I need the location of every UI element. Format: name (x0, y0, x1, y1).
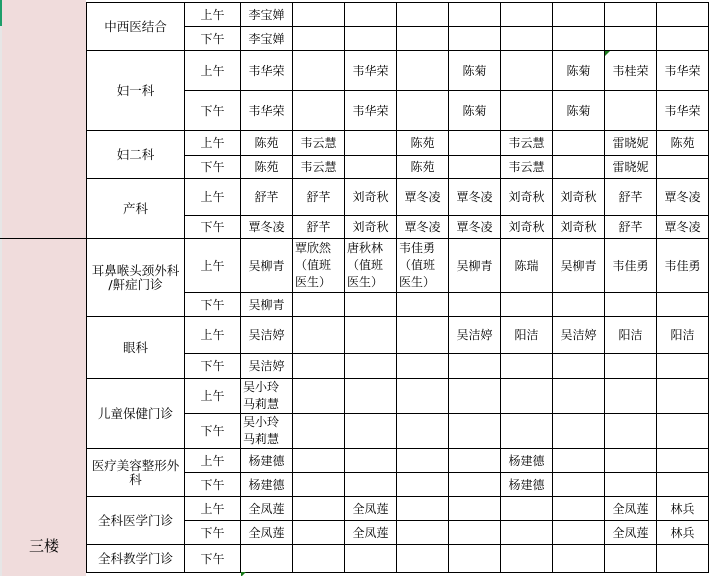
doctor-cell[interactable] (605, 449, 657, 473)
doctor-cell[interactable] (657, 293, 709, 317)
period-cell[interactable]: 上午 (185, 497, 241, 521)
doctor-cell[interactable]: 杨建德 (501, 473, 553, 497)
doctor-cell[interactable]: 吴柳青 (553, 239, 605, 293)
doctor-cell[interactable] (553, 131, 605, 156)
doctor-cell[interactable] (345, 3, 397, 27)
doctor-cell[interactable]: 韦云慧 (501, 131, 553, 156)
period-cell[interactable]: 上午 (185, 3, 241, 27)
doctor-cell[interactable] (605, 3, 657, 27)
period-cell[interactable]: 下午 (185, 216, 241, 239)
doctor-cell[interactable] (501, 51, 553, 91)
doctor-cell[interactable] (553, 414, 605, 449)
doctor-cell[interactable] (501, 379, 553, 414)
doctor-cell[interactable]: 陈菊 (449, 51, 501, 91)
table-row: 眼科上午吴洁婷吴洁婷阳洁吴洁婷阳洁阳洁 (87, 317, 709, 354)
doctor-cell[interactable] (293, 521, 345, 545)
schedule-grid: 中西医结合上午李宝婵下午李宝婵妇一科上午韦华荣韦华荣陈菊陈菊韦桂荣韦华荣下午韦华… (86, 2, 709, 573)
period-cell[interactable]: 上午 (185, 239, 241, 293)
doctor-cell[interactable] (657, 414, 709, 449)
doctor-cell[interactable]: 韦云慧 (293, 131, 345, 156)
doctor-cell[interactable] (553, 156, 605, 179)
table-row: 耳鼻喉头颈外科 /鼾症门诊上午吴柳青覃欣然 （值班 医生）唐秋林 （值班 医生）… (87, 239, 709, 293)
doctor-cell[interactable]: 舒芊 (605, 216, 657, 239)
doctor-cell[interactable]: 刘奇秋 (345, 179, 397, 216)
doctor-cell[interactable]: 韦佳勇 （值班 医生） (397, 239, 449, 293)
period-cell[interactable]: 下午 (185, 293, 241, 317)
doctor-cell[interactable] (449, 3, 501, 27)
doctor-cell[interactable]: 全凤莲 (345, 497, 397, 521)
table-row: 中西医结合上午李宝婵 (87, 3, 709, 27)
doctor-cell[interactable]: 阳洁 (605, 317, 657, 354)
floor-label: 三楼 (2, 535, 86, 556)
doctor-cell[interactable] (345, 27, 397, 51)
doctor-cell[interactable] (397, 27, 449, 51)
doctor-cell[interactable]: 覃冬凌 (657, 179, 709, 216)
doctor-cell[interactable] (449, 27, 501, 51)
doctor-cell[interactable]: 陈瑞 (501, 239, 553, 293)
doctor-cell[interactable] (293, 354, 345, 379)
doctor-cell[interactable] (397, 379, 449, 414)
doctor-cell[interactable] (501, 545, 553, 573)
doctor-cell[interactable]: 吴洁婷 (241, 354, 293, 379)
doctor-cell[interactable]: 全凤莲 (605, 497, 657, 521)
period-cell[interactable]: 下午 (185, 521, 241, 545)
doctor-cell[interactable] (345, 317, 397, 354)
table-row: 儿童保健门诊上午吴小玲 马莉慧 (87, 379, 709, 414)
doctor-cell[interactable]: 韦佳勇 (657, 239, 709, 293)
doctor-cell[interactable]: 吴小玲 马莉慧 (241, 379, 293, 414)
doctor-cell[interactable] (501, 293, 553, 317)
doctor-cell[interactable] (657, 545, 709, 573)
doctor-cell[interactable]: 覃冬凌 (397, 179, 449, 216)
doctor-cell[interactable] (293, 449, 345, 473)
doctor-cell[interactable] (553, 449, 605, 473)
doctor-cell[interactable] (605, 91, 657, 131)
doctor-cell[interactable] (397, 91, 449, 131)
doctor-cell[interactable] (449, 497, 501, 521)
doctor-cell[interactable]: 韦华荣 (241, 51, 293, 91)
table-row: 妇一科上午韦华荣韦华荣陈菊陈菊韦桂荣韦华荣 (87, 51, 709, 91)
doctor-cell[interactable]: 雷晓妮 (605, 156, 657, 179)
doctor-cell[interactable] (605, 545, 657, 573)
doctor-cell[interactable] (345, 156, 397, 179)
doctor-cell[interactable] (293, 497, 345, 521)
department-cell[interactable]: 中西医结合 (87, 3, 185, 51)
doctor-cell[interactable] (605, 27, 657, 51)
doctor-cell[interactable]: 杨建德 (241, 473, 293, 497)
doctor-cell[interactable] (397, 473, 449, 497)
doctor-cell[interactable] (397, 449, 449, 473)
doctor-cell[interactable] (449, 354, 501, 379)
comment-marker (241, 572, 246, 576)
doctor-cell[interactable]: 阳洁 (501, 317, 553, 354)
doctor-cell[interactable]: 覃冬凌 (449, 216, 501, 239)
doctor-cell[interactable]: 阳洁 (657, 317, 709, 354)
doctor-cell[interactable] (657, 354, 709, 379)
doctor-cell[interactable] (605, 379, 657, 414)
doctor-cell[interactable] (605, 414, 657, 449)
doctor-cell[interactable]: 覃欣然 （值班 医生） (293, 239, 345, 293)
doctor-cell[interactable] (501, 497, 553, 521)
doctor-cell[interactable] (553, 521, 605, 545)
doctor-cell[interactable]: 吴柳青 (241, 239, 293, 293)
doctor-cell[interactable] (605, 473, 657, 497)
doctor-cell[interactable] (293, 3, 345, 27)
doctor-cell[interactable] (397, 293, 449, 317)
doctor-cell[interactable]: 韦云慧 (501, 156, 553, 179)
doctor-cell[interactable]: 陈苑 (397, 156, 449, 179)
doctor-cell[interactable]: 刘奇秋 (553, 179, 605, 216)
doctor-cell[interactable]: 陈菊 (553, 51, 605, 91)
doctor-cell[interactable] (449, 293, 501, 317)
doctor-cell[interactable]: 韦佳勇 (605, 239, 657, 293)
doctor-cell[interactable]: 吴洁婷 (553, 317, 605, 354)
doctor-cell[interactable] (605, 354, 657, 379)
doctor-cell[interactable]: 覃冬凌 (241, 216, 293, 239)
doctor-cell[interactable]: 陈菊 (449, 91, 501, 131)
table-row: 医疗美容整形外 科上午杨建德杨建德 (87, 449, 709, 473)
doctor-cell[interactable]: 吴洁婷 (241, 317, 293, 354)
period-cell[interactable]: 下午 (185, 545, 241, 573)
doctor-cell[interactable] (397, 51, 449, 91)
doctor-cell[interactable] (345, 473, 397, 497)
doctor-cell[interactable]: 杨建德 (501, 449, 553, 473)
doctor-cell[interactable]: 全凤莲 (605, 521, 657, 545)
doctor-cell[interactable] (345, 131, 397, 156)
doctor-cell[interactable] (501, 3, 553, 27)
doctor-cell[interactable] (657, 379, 709, 414)
doctor-cell[interactable]: 韦华荣 (241, 91, 293, 131)
doctor-cell[interactable]: 全凤莲 (241, 497, 293, 521)
doctor-cell[interactable]: 覃冬凌 (657, 216, 709, 239)
table-row: 全科教学门诊下午 (87, 545, 709, 573)
doctor-cell[interactable] (553, 545, 605, 573)
doctor-cell[interactable]: 刘奇秋 (501, 179, 553, 216)
floor-divider (0, 238, 86, 239)
table-row: 全科医学门诊上午全凤莲全凤莲全凤莲林兵 (87, 497, 709, 521)
doctor-cell[interactable] (501, 414, 553, 449)
doctor-cell[interactable]: 韦华荣 (657, 51, 709, 91)
doctor-cell[interactable]: 覃冬凌 (397, 216, 449, 239)
department-cell[interactable]: 儿童保健门诊 (87, 379, 185, 449)
doctor-cell[interactable] (397, 414, 449, 449)
doctor-cell[interactable]: 刘奇秋 (501, 216, 553, 239)
doctor-cell[interactable] (553, 3, 605, 27)
doctor-cell[interactable] (553, 473, 605, 497)
doctor-cell[interactable] (293, 414, 345, 449)
doctor-cell[interactable] (293, 545, 345, 573)
doctor-cell[interactable] (657, 473, 709, 497)
period-cell[interactable]: 下午 (185, 414, 241, 449)
doctor-cell[interactable] (553, 27, 605, 51)
doctor-cell[interactable] (449, 545, 501, 573)
doctor-cell[interactable] (449, 449, 501, 473)
doctor-cell[interactable] (293, 91, 345, 131)
doctor-cell[interactable] (657, 27, 709, 51)
doctor-cell[interactable] (397, 497, 449, 521)
doctor-cell[interactable] (553, 379, 605, 414)
doctor-cell[interactable] (241, 545, 293, 573)
doctor-cell[interactable] (501, 91, 553, 131)
period-cell[interactable]: 上午 (185, 379, 241, 414)
doctor-cell[interactable]: 舒芊 (293, 216, 345, 239)
doctor-cell[interactable]: 全凤莲 (345, 521, 397, 545)
doctor-cell[interactable] (449, 379, 501, 414)
doctor-cell[interactable] (293, 51, 345, 91)
department-cell[interactable]: 医疗美容整形外 科 (87, 449, 185, 497)
doctor-cell[interactable] (397, 354, 449, 379)
doctor-cell[interactable] (657, 156, 709, 179)
doctor-cell[interactable] (397, 317, 449, 354)
doctor-cell[interactable] (553, 497, 605, 521)
department-cell[interactable]: 全科医学门诊 (87, 497, 185, 545)
period-cell[interactable]: 下午 (185, 27, 241, 51)
doctor-cell[interactable]: 陈苑 (397, 131, 449, 156)
doctor-cell[interactable]: 全凤莲 (241, 521, 293, 545)
doctor-cell[interactable]: 陈苑 (657, 131, 709, 156)
doctor-cell[interactable] (501, 521, 553, 545)
doctor-cell[interactable]: 雷晓妮 (605, 131, 657, 156)
doctor-cell[interactable] (449, 156, 501, 179)
doctor-cell[interactable] (501, 27, 553, 51)
doctor-cell[interactable]: 陈苑 (241, 131, 293, 156)
floor-column[interactable] (2, 0, 86, 576)
doctor-cell[interactable]: 吴柳青 (241, 293, 293, 317)
period-cell[interactable]: 上午 (185, 179, 241, 216)
doctor-cell[interactable] (397, 545, 449, 573)
doctor-cell[interactable]: 覃冬凌 (449, 179, 501, 216)
doctor-cell[interactable]: 舒芊 (605, 179, 657, 216)
doctor-cell[interactable] (293, 27, 345, 51)
doctor-cell[interactable] (657, 3, 709, 27)
doctor-cell[interactable]: 林兵 (657, 521, 709, 545)
department-cell[interactable]: 产科 (87, 179, 185, 239)
doctor-cell[interactable] (449, 521, 501, 545)
doctor-cell[interactable]: 韦华荣 (345, 91, 397, 131)
doctor-cell[interactable]: 韦华荣 (657, 91, 709, 131)
doctor-cell[interactable]: 唐秋林 （值班 医生） (345, 239, 397, 293)
doctor-cell[interactable]: 舒芊 (293, 179, 345, 216)
table-row: 产科上午舒芊舒芊刘奇秋覃冬凌覃冬凌刘奇秋刘奇秋舒芊覃冬凌 (87, 179, 709, 216)
doctor-cell[interactable]: 刘奇秋 (553, 216, 605, 239)
department-cell[interactable]: 全科教学门诊 (87, 545, 185, 573)
doctor-cell[interactable] (449, 131, 501, 156)
doctor-cell[interactable] (553, 354, 605, 379)
period-cell[interactable]: 上午 (185, 449, 241, 473)
table-row: 妇二科上午陈苑韦云慧陈苑韦云慧雷晓妮陈苑 (87, 131, 709, 156)
doctor-cell[interactable]: 李宝婵 (241, 27, 293, 51)
doctor-cell[interactable]: 李宝婵 (241, 3, 293, 27)
doctor-cell[interactable]: 刘奇秋 (345, 216, 397, 239)
doctor-cell[interactable] (293, 293, 345, 317)
doctor-cell[interactable]: 韦华荣 (345, 51, 397, 91)
doctor-cell[interactable]: 吴洁婷 (449, 317, 501, 354)
doctor-cell[interactable] (449, 473, 501, 497)
doctor-cell[interactable]: 陈苑 (241, 156, 293, 179)
department-cell[interactable]: 耳鼻喉头颈外科 /鼾症门诊 (87, 239, 185, 317)
doctor-cell[interactable] (345, 354, 397, 379)
period-cell[interactable]: 下午 (185, 91, 241, 131)
doctor-cell[interactable] (657, 449, 709, 473)
period-cell[interactable]: 上午 (185, 51, 241, 91)
doctor-cell[interactable]: 吴小玲 马莉慧 (241, 414, 293, 449)
doctor-cell[interactable] (605, 293, 657, 317)
period-cell[interactable]: 下午 (185, 473, 241, 497)
department-cell[interactable]: 妇二科 (87, 131, 185, 179)
doctor-cell[interactable]: 韦云慧 (293, 156, 345, 179)
doctor-cell[interactable] (553, 293, 605, 317)
doctor-cell[interactable] (293, 379, 345, 414)
doctor-cell[interactable] (345, 414, 397, 449)
doctor-cell[interactable] (345, 293, 397, 317)
doctor-cell[interactable] (397, 521, 449, 545)
doctor-cell[interactable]: 林兵 (657, 497, 709, 521)
department-cell[interactable]: 妇一科 (87, 51, 185, 131)
period-cell[interactable]: 下午 (185, 354, 241, 379)
doctor-cell[interactable]: 舒芊 (241, 179, 293, 216)
department-cell[interactable]: 眼科 (87, 317, 185, 379)
doctor-cell[interactable]: 韦桂荣 (605, 51, 657, 91)
doctor-cell[interactable] (345, 449, 397, 473)
doctor-cell[interactable] (501, 354, 553, 379)
period-cell[interactable]: 上午 (185, 131, 241, 156)
doctor-cell[interactable] (293, 317, 345, 354)
period-cell[interactable]: 下午 (185, 156, 241, 179)
doctor-cell[interactable]: 陈菊 (553, 91, 605, 131)
doctor-cell[interactable]: 吴柳青 (449, 239, 501, 293)
doctor-cell[interactable] (293, 473, 345, 497)
period-cell[interactable]: 上午 (185, 317, 241, 354)
doctor-cell[interactable] (397, 3, 449, 27)
comment-marker (605, 51, 610, 56)
doctor-cell[interactable]: 杨建德 (241, 449, 293, 473)
doctor-cell[interactable] (449, 414, 501, 449)
doctor-cell[interactable] (345, 545, 397, 573)
doctor-cell[interactable] (345, 379, 397, 414)
